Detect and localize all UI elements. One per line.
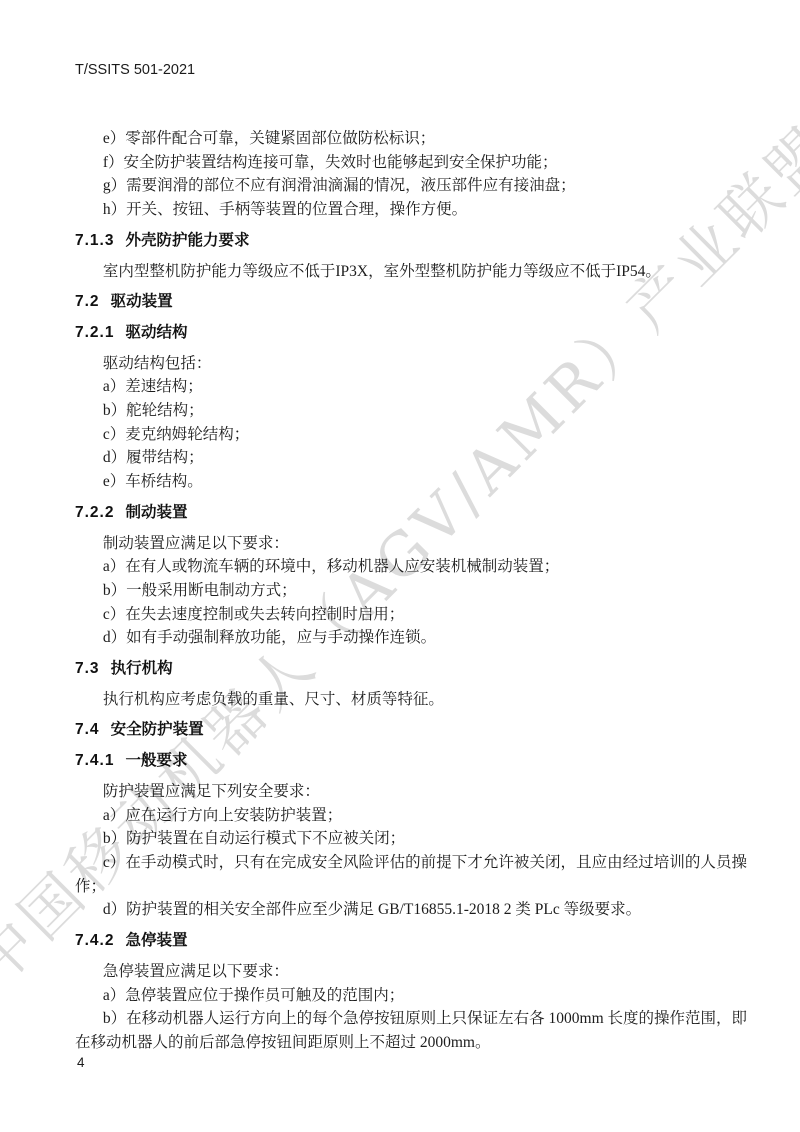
section-title: 执行机构 [111, 660, 173, 677]
section-number: 7.4.2 [75, 932, 114, 949]
section-number: 7.4 [75, 721, 100, 738]
section-number: 7.2.2 [75, 504, 114, 521]
paragraph: 制动装置应满足以下要求： [75, 532, 747, 556]
heading-7-2: 7.2驱动装置 [75, 290, 747, 314]
clause-list-item: a）急停装置应位于操作员可触及的范围内； [75, 984, 747, 1008]
section-number: 7.2.1 [75, 324, 114, 341]
heading-7-4: 7.4安全防护装置 [75, 718, 747, 742]
paragraph: 室内型整机防护能力等级应不低于IP3X，室外型整机防护能力等级应不低于IP54。 [75, 260, 747, 284]
clause-list-item: b）在移动机器人运行方向上的每个急停按钮原则上只保证左右各 1000mm 长度的… [75, 1007, 747, 1054]
heading-7-2-2: 7.2.2制动装置 [75, 501, 747, 525]
heading-7-4-2: 7.4.2急停装置 [75, 929, 747, 953]
clause-list-item: f）安全防护装置结构连接可靠，失效时也能够起到安全保护功能； [75, 151, 747, 175]
document-body: e）零部件配合可靠，关键紧固部位做防松标识； f）安全防护装置结构连接可靠，失效… [75, 127, 747, 1055]
section-number: 7.1.3 [75, 232, 114, 249]
document-page: 中国移动机器人（AGV/AMR）产业联盟 T/SSITS 501-2021 e）… [0, 0, 800, 1132]
paragraph: 执行机构应考虑负载的重量、尺寸、材质等特征。 [75, 688, 747, 712]
clause-list-item: b）舵轮结构； [75, 399, 747, 423]
section-title: 制动装置 [125, 504, 187, 521]
paragraph: 驱动结构包括： [75, 352, 747, 376]
clause-list-item: h）开关、按钮、手柄等装置的位置合理，操作方便。 [75, 198, 747, 222]
section-title: 外壳防护能力要求 [125, 232, 249, 249]
paragraph: 防护装置应满足下列安全要求： [75, 780, 747, 804]
section-title: 驱动结构 [125, 324, 187, 341]
paragraph: 急停装置应满足以下要求： [75, 960, 747, 984]
clause-list-item: c）在手动模式时，只有在完成安全风险评估的前提下才允许被关闭，且应由经过培训的人… [75, 851, 747, 898]
clause-list-item: e）零部件配合可靠，关键紧固部位做防松标识； [75, 127, 747, 151]
section-title: 安全防护装置 [111, 721, 204, 738]
heading-7-2-1: 7.2.1驱动结构 [75, 321, 747, 345]
clause-list-item: a）在有人或物流车辆的环境中，移动机器人应安装机械制动装置； [75, 555, 747, 579]
page-number: 4 [77, 1055, 85, 1070]
section-title: 急停装置 [125, 932, 187, 949]
clause-list-item: c）麦克纳姆轮结构； [75, 423, 747, 447]
clause-list-item: a）应在运行方向上安装防护装置； [75, 804, 747, 828]
section-number: 7.2 [75, 293, 100, 310]
section-number: 7.3 [75, 660, 100, 677]
heading-7-4-1: 7.4.1一般要求 [75, 749, 747, 773]
section-number: 7.4.1 [75, 752, 114, 769]
document-header: T/SSITS 501-2021 [75, 62, 195, 78]
clause-list-item: g）需要润滑的部位不应有润滑油滴漏的情况，液压部件应有接油盘； [75, 174, 747, 198]
clause-list-item: b）一般采用断电制动方式； [75, 579, 747, 603]
clause-list-item: c）在失去速度控制或失去转向控制时启用； [75, 603, 747, 627]
section-title: 一般要求 [125, 752, 187, 769]
clause-list-item: d）防护装置的相关安全部件应至少满足 GB/T16855.1-2018 2 类 … [75, 898, 747, 922]
heading-7-1-3: 7.1.3外壳防护能力要求 [75, 229, 747, 253]
clause-list-item: d）如有手动强制释放功能，应与手动操作连锁。 [75, 626, 747, 650]
section-title: 驱动装置 [111, 293, 173, 310]
heading-7-3: 7.3执行机构 [75, 657, 747, 681]
clause-list-item: d）履带结构； [75, 446, 747, 470]
clause-list-item: e）车桥结构。 [75, 470, 747, 494]
clause-list-item: b）防护装置在自动运行模式下不应被关闭； [75, 827, 747, 851]
clause-list-item: a）差速结构； [75, 375, 747, 399]
